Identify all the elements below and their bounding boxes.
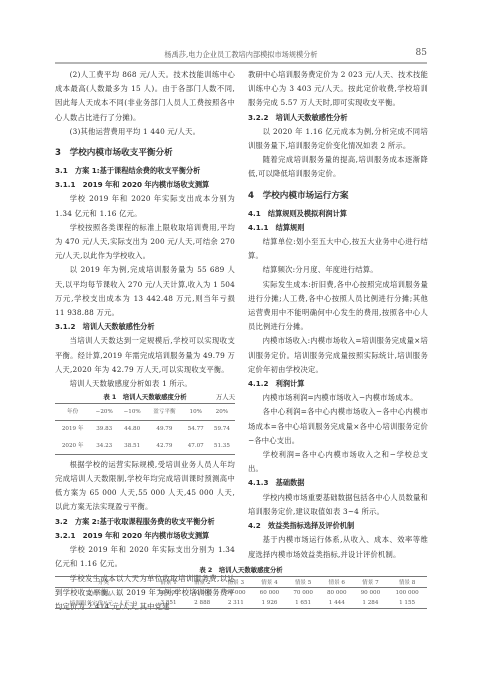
table-cell: 51.35 (209, 438, 235, 455)
section-heading-3-1-2: 3.1.2 培训人天数敏感性分析 (55, 320, 235, 334)
table-header: 年份 (55, 404, 90, 421)
paragraph: 教研中心培训服务费定价为 2 023 元/人天、技术技能训练中心为 3 403 … (248, 68, 428, 111)
table-cell: 1 651 (286, 598, 320, 609)
table1-title: 表 1 培训人天数敏感度分析 (103, 393, 186, 401)
table-cell: 1 284 (354, 598, 388, 609)
section-heading-3: 3 学校内模市场收支平衡分析 (55, 147, 235, 159)
table-cell: 60 000 (253, 588, 287, 599)
table-cell: 39.83 (90, 421, 118, 438)
paragraph: 结算频次:分月度、年度进行结算。 (248, 263, 428, 277)
paragraph: 学校内模市场重要基础数据包括各中心人员数量和培训服务定价,建议取值如表 3~4 … (248, 491, 428, 519)
right-column: 教研中心培训服务费定价为 2 023 元/人天、技术技能训练中心为 3 403 … (248, 68, 428, 562)
table-row: 完成培训/人天 30 000 40 000 50 000 60 000 70 0… (55, 588, 427, 599)
section-heading-4-1-3: 4.1.3 基础数据 (248, 476, 428, 490)
section-heading-4-1-1: 4.1.1 结算规则 (248, 221, 428, 235)
paragraph: 结算单位:划小至五大中心,按五大业务中心进行结算。 (248, 235, 428, 263)
paragraph: 学校利润=各中心内模市场收入之和−学校总支出。 (248, 448, 428, 476)
table-cell: 47.07 (183, 438, 209, 455)
table-cell: 42.79 (146, 438, 183, 455)
table-cell: 44.80 (118, 421, 146, 438)
table-header: 盈亏平衡 (146, 404, 183, 421)
table-cell: 2020 年 (55, 438, 90, 455)
table-cell: 70 000 (286, 588, 320, 599)
paragraph: 各中心利润=各中心内模市场收入−各中心内模市场成本=各中心培训服务完成量×各中心… (248, 405, 428, 448)
table-cell: 1 155 (387, 598, 427, 609)
table-header: 情景 3 (219, 577, 253, 588)
section-heading-3-2-2: 3.2.2 培训人天数敏感性分析 (248, 111, 428, 125)
section-heading-3-1: 3.1 方案 1:基于课程结余费的收支平衡分析 (55, 164, 235, 178)
table-header: 情景 1 (152, 577, 186, 588)
table2: 分类 情景 1 情景 2 情景 3 情景 4 情景 5 情景 6 情景 7 情景… (55, 576, 427, 609)
table-header: 情景 7 (354, 577, 388, 588)
table-cell: 30 000 (152, 588, 186, 599)
table-header: 情景 6 (320, 577, 354, 588)
table2-block: 表 2 培训人天数敏感度分析 分类 情景 1 情景 2 情景 3 情景 4 情景… (55, 564, 427, 609)
section-heading-4-1: 4.1 结算规则及模拟利润计算 (248, 207, 428, 221)
table1-caption: 表 1 培训人天数敏感度分析 万人天 (55, 391, 235, 403)
table-cell: 80 000 (320, 588, 354, 599)
table-cell: 培训服务定价/(元・人天⁻¹) (55, 598, 152, 609)
table-cell: 59.74 (209, 421, 235, 438)
table-row: 2019 年 39.83 44.80 49.79 54.77 59.74 (55, 421, 235, 438)
table-cell: 2 311 (219, 598, 253, 609)
table-cell: 2 888 (185, 598, 219, 609)
paragraph: 学校 2019 年和 2020 年实际支出成本分别为 1.34 亿元和 1.16… (55, 192, 235, 220)
paragraph: 培训人天数敏感度分析如表 1 所示。 (55, 377, 235, 391)
paragraph: 基于内模市场运行体系,从收入、成本、效率等维度选择内模市场效益类指标,并设计评价… (248, 533, 428, 561)
paragraph: 学校按照各类课程的标准上限收取培训费用,平均为 470 元/人天,实际支出为 2… (55, 221, 235, 264)
paragraph: 当培训人天数达到一定规模后,学校可以实现收支平衡。经计算,2019 年需完成培训… (55, 334, 235, 377)
section-heading-3-2-1: 3.2.1 2019 年和 2020 年内模市场收支测算 (55, 529, 235, 543)
table-cell: 90 000 (354, 588, 388, 599)
table-header: −10% (118, 404, 146, 421)
paragraph: 实际发生成本:折旧费,各中心按照完成培训服务量进行分摊;人工费,各中心按照人员比… (248, 278, 428, 335)
table-cell: 100 000 (387, 588, 427, 599)
header-rule (55, 62, 427, 64)
table-header: 情景 4 (253, 577, 287, 588)
table-cell: 1 926 (253, 598, 287, 609)
table-cell: 49.79 (146, 421, 183, 438)
table-header: 情景 8 (387, 577, 427, 588)
paragraph: (3)其他运营费用平均 1 440 元/人天。 (55, 125, 235, 139)
table-header: −20% (90, 404, 118, 421)
page-number: 85 (416, 48, 427, 58)
table-cell: 1 444 (320, 598, 354, 609)
table-header: 10% (183, 404, 209, 421)
table-header: 情景 2 (185, 577, 219, 588)
table1: 年份 −20% −10% 盈亏平衡 10% 20% 2019 年 39.83 4… (55, 403, 235, 455)
table-header-row: 分类 情景 1 情景 2 情景 3 情景 4 情景 5 情景 6 情景 7 情景… (55, 577, 427, 588)
table-header: 分类 (55, 577, 152, 588)
section-heading-4-1-2: 4.1.2 利润计算 (248, 377, 428, 391)
table-cell: 40 000 (185, 588, 219, 599)
table1-unit: 万人天 (216, 391, 235, 403)
paragraph: (2)人工费平均 868 元/人天。技术技能训练中心成本最高(人数最多为 15 … (55, 68, 235, 125)
left-column: (2)人工费平均 868 元/人天。技术技能训练中心成本最高(人数最多为 15 … (55, 68, 235, 614)
section-heading-3-2: 3.2 方案 2:基于收取课程服务费的收支平衡分析 (55, 515, 235, 529)
table2-caption: 表 2 培训人天数敏感度分析 (55, 564, 427, 576)
table-header-row: 年份 −20% −10% 盈亏平衡 10% 20% (55, 404, 235, 421)
table-row: 培训服务定价/(元・人天⁻¹) 3 851 2 888 2 311 1 926 … (55, 598, 427, 609)
table-header: 情景 5 (286, 577, 320, 588)
table-row: 2020 年 34.23 38.51 42.79 47.07 51.35 (55, 438, 235, 455)
paragraph: 内模市场利润=内模市场收入−内模市场成本。 (248, 391, 428, 405)
running-header: 杨禹莎,电力企业员工教培内部模拟市场规模分析 85 (55, 48, 427, 62)
table-header: 20% (209, 404, 235, 421)
paragraph: 内模市场收入:内模市场收入=培训服务完成量×培训服务定价。培训服务完成量按照实际… (248, 334, 428, 377)
section-heading-4: 4 学校内模市场运行方案 (248, 190, 428, 202)
table-cell: 34.23 (90, 438, 118, 455)
paragraph: 以 2020 年 1.16 亿元成本为例,分析完成不同培训服务量下,培训服务定价… (248, 125, 428, 153)
paragraph: 以 2019 年为例,完成培训服务量为 55 689 人天,以平均每节课收入 2… (55, 263, 235, 320)
paragraph: 根据学校的运营实际规模,受培训业务人员人年均完成培训人天数限制,学校年均完成培训… (55, 458, 235, 515)
table-cell: 54.77 (183, 421, 209, 438)
table-cell: 50 000 (219, 588, 253, 599)
table-cell: 38.51 (118, 438, 146, 455)
section-heading-3-1-1: 3.1.1 2019 年和 2020 年内模市场收支测算 (55, 178, 235, 192)
table-cell: 完成培训/人天 (55, 588, 152, 599)
table-cell: 3 851 (152, 598, 186, 609)
running-title: 杨禹莎,电力企业员工教培内部模拟市场规模分析 (55, 50, 427, 60)
table-cell: 2019 年 (55, 421, 90, 438)
paragraph: 随着完成培训服务量的提高,培训服务成本逐渐降低,可以降低培训服务定价。 (248, 153, 428, 181)
section-heading-4-2: 4.2 效益类指标选择及评价机制 (248, 519, 428, 533)
